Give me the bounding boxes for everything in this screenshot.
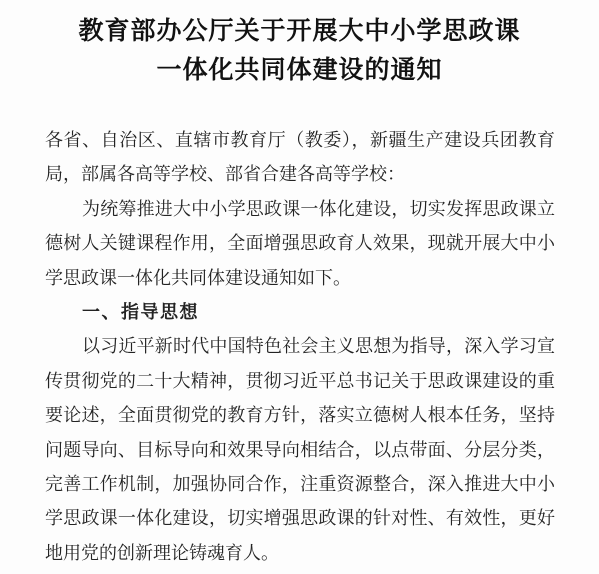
document-body: 各省、自治区、直辖市教育厅（教委），新疆生产建设兵团教育 局，部属各高等学校、部…	[45, 123, 555, 570]
document-title-line-1: 教育部办公厅关于开展大中小学思政课	[0, 12, 599, 51]
section-1-body-line-6: 学思政课一体化建设，切实增强思政课的针对性、有效性，更好	[45, 501, 555, 535]
intro-paragraph-line-2: 德树人关键课程作用，全面增强思政育人效果，现就开展大中小	[45, 226, 555, 260]
document-title-line-2: 一体化共同体建设的通知	[0, 51, 599, 90]
section-1-heading: 一、指导思想	[45, 295, 555, 329]
section-1-body-line-7: 地用党的创新理论铸魂育人。	[45, 536, 555, 570]
section-1-body-line-3: 要论述，全面贯彻党的教育方针，落实立德树人根本任务，坚持	[45, 398, 555, 432]
salutation-line-2: 局，部属各高等学校、部省合建各高等学校：	[45, 157, 555, 191]
intro-paragraph-line-1: 为统筹推进大中小学思政课一体化建设，切实发挥思政课立	[45, 192, 555, 226]
section-1-body-line-1: 以习近平新时代中国特色社会主义思想为指导，深入学习宣	[45, 329, 555, 363]
notice-document-page: 教育部办公厅关于开展大中小学思政课 一体化共同体建设的通知 各省、自治区、直辖市…	[0, 0, 599, 574]
section-1-body-line-4: 问题导向、目标导向和效果导向相结合，以点带面、分层分类，	[45, 433, 555, 467]
intro-paragraph-line-3: 学思政课一体化共同体建设通知如下。	[45, 261, 555, 295]
document-title: 教育部办公厅关于开展大中小学思政课 一体化共同体建设的通知	[0, 0, 599, 90]
section-1-body-line-5: 完善工作机制，加强协同合作，注重资源整合，深入推进大中小	[45, 467, 555, 501]
section-1-body-line-2: 传贯彻党的二十大精神，贯彻习近平总书记关于思政课建设的重	[45, 364, 555, 398]
salutation-line-1: 各省、自治区、直辖市教育厅（教委），新疆生产建设兵团教育	[45, 123, 555, 157]
